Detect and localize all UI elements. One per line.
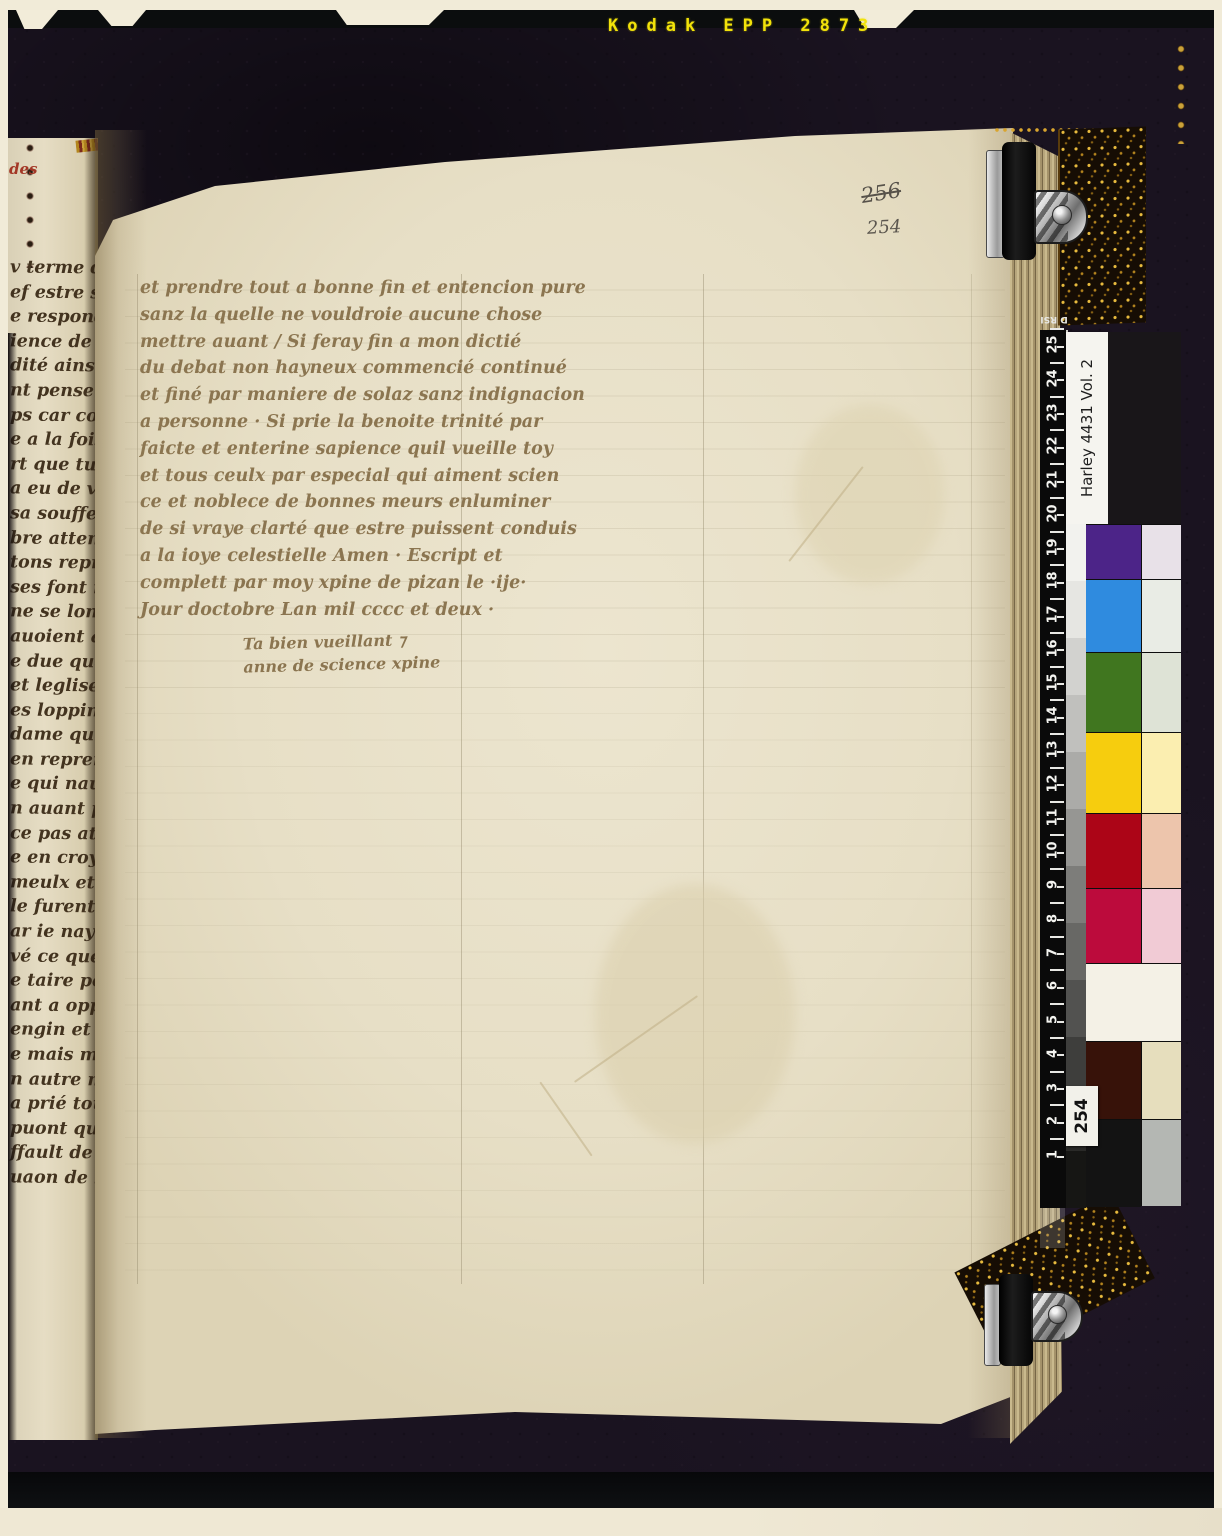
- ruler-half-tick: [1057, 447, 1064, 449]
- ruler-half-tick: [1057, 379, 1064, 381]
- gray-step: [1066, 1151, 1086, 1208]
- ruler-tick: [1050, 328, 1064, 330]
- colophon-line: et finé par maniere de solaz sanz indign…: [140, 382, 480, 409]
- ruler-tick: [1050, 1003, 1064, 1005]
- ruler-number: 7: [1046, 939, 1061, 965]
- ruler-number: 25: [1046, 332, 1061, 358]
- color-swatches: [1086, 524, 1181, 1206]
- ruler-tick: [1050, 902, 1064, 904]
- ruler-half-tick: [1057, 1021, 1064, 1023]
- ruler-number: 1: [1046, 1142, 1061, 1168]
- ruler-half-tick: [1057, 649, 1064, 651]
- gray-step: [1066, 980, 1086, 1037]
- ruler-half-tick: [1057, 919, 1064, 921]
- ruler-number: 21: [1046, 467, 1061, 493]
- manuscript-photo: { "photo": { "film_label": "Kodak EPP 28…: [0, 0, 1222, 1536]
- ruler-number: 3: [1046, 1074, 1061, 1100]
- colophon-line: et prendre tout a bonne fin et entencion…: [140, 275, 480, 302]
- colophon-line: a personne · Si prie la benoite trinité …: [140, 409, 480, 436]
- folio-number-crossed-out: 256: [859, 178, 902, 208]
- pricking-holes: [26, 138, 34, 268]
- ruler-tick: [1050, 936, 1064, 938]
- ruler-half-tick: [1057, 987, 1064, 989]
- ruler-tick: [1050, 497, 1064, 499]
- clip-button-icon: [1052, 205, 1072, 225]
- swatch-row-black: [1086, 1119, 1181, 1206]
- ruler-tick: [1050, 396, 1064, 398]
- swatch-green: [1086, 652, 1141, 733]
- rubric-fragment: des: [9, 160, 37, 178]
- ruler-tick: [1050, 463, 1064, 465]
- ruler-half-tick: [1057, 683, 1064, 685]
- clip-strap-icon: [1002, 142, 1036, 260]
- swatch-tint-crimson: [1141, 888, 1181, 963]
- ruler-number: 4: [1046, 1040, 1061, 1066]
- swatch-dark-red: [1086, 813, 1141, 889]
- gray-step: [1066, 752, 1086, 809]
- colophon-line: complett par moy xpine de pizan le ·ije·: [140, 570, 480, 597]
- ruler-number: 10: [1046, 838, 1061, 864]
- black-reference-patch: [1108, 332, 1181, 524]
- ruler-tick: [1050, 969, 1064, 971]
- swatch-tint-dark-red: [1141, 813, 1181, 888]
- swatch-tint-purple: [1141, 524, 1181, 579]
- ruler-tick: [1050, 1104, 1064, 1106]
- colophon-line: de si vraye clarté que estre puissent co…: [140, 516, 480, 543]
- parchment-stain: [795, 404, 945, 584]
- ruler-number: 19: [1046, 534, 1061, 560]
- ruler-number: 22: [1046, 433, 1061, 459]
- shelfmark-text: Harley 4431 Vol. 2: [1078, 359, 1096, 497]
- colophon-text: et prendre tout a bonne fin et entencion…: [140, 275, 480, 623]
- ruler-tick: [1050, 868, 1064, 870]
- ruler-half-tick: [1057, 413, 1064, 415]
- swatch-row-white: [1086, 963, 1181, 1041]
- swatch-row-blue: [1086, 579, 1181, 652]
- swatch-tint-green: [1141, 652, 1181, 732]
- swatch-row-crimson: [1086, 888, 1181, 963]
- colophon-line: faicte et enterine sapience quil vueille…: [140, 436, 480, 463]
- clip-button-icon: [1048, 1305, 1067, 1324]
- ruler-number: 8: [1046, 905, 1061, 931]
- swatch-blue: [1086, 579, 1141, 653]
- ruler-number: 12: [1046, 770, 1061, 796]
- ruler-tick: [1050, 632, 1064, 634]
- ruler-tick: [1050, 362, 1064, 364]
- swatch-row-purple: [1086, 524, 1181, 579]
- swatch-row-maroon: [1086, 1041, 1181, 1119]
- christine-de-pizan-motto: Ta bien vueillant ⁊anne de science xpine: [242, 627, 440, 678]
- ruler-half-tick: [1057, 1088, 1064, 1090]
- ruler-clear-edge: [1040, 1208, 1065, 1248]
- swatch-tint-blue: [1141, 579, 1181, 652]
- gray-step: [1066, 524, 1086, 581]
- ruler-number: 17: [1046, 602, 1061, 628]
- ruler-tick: [1050, 531, 1064, 533]
- color-calibration-bar: D RSI 1234567891011121314151617181920212…: [1040, 330, 1181, 1208]
- ruler-half-tick: [1057, 886, 1064, 888]
- film-stock-label: Kodak EPP 2873: [608, 16, 908, 36]
- gilt-tooling-border: [1176, 44, 1188, 144]
- colophon-line: mettre auant / Si feray fin a mon dictié: [140, 329, 480, 356]
- ruler-tick: [1050, 1138, 1064, 1140]
- ruler-half-tick: [1057, 582, 1064, 584]
- swatch-crimson: [1086, 888, 1141, 964]
- swatch-row-green: [1086, 652, 1181, 732]
- ruler-half-tick: [1057, 818, 1064, 820]
- gray-step: [1066, 923, 1086, 980]
- folio-tag-label: 254: [1066, 1086, 1098, 1146]
- gray-step: [1066, 809, 1086, 866]
- ruler-half-tick: [1057, 852, 1064, 854]
- page-edge-shade: [968, 128, 1013, 1438]
- manuscript-page: et prendre tout a bonne fin et entencion…: [95, 124, 1013, 1442]
- folio-number: 254: [866, 216, 901, 239]
- ruler-half-tick: [1057, 346, 1064, 348]
- ruler-half-tick: [1057, 717, 1064, 719]
- ruler-half-tick: [1057, 784, 1064, 786]
- folio-tag-text: 254: [1072, 1098, 1092, 1134]
- colophon-line: et tous ceulx par especial qui aiment sc…: [140, 463, 480, 490]
- shelfmark-label: Harley 4431 Vol. 2: [1066, 332, 1108, 524]
- colophon-line: Jour doctobre Lan mil cccc et deux ·: [140, 597, 480, 624]
- facing-page-sliver: des v terme de vie debatef estre subgett…: [8, 138, 98, 1440]
- ruler-number: 15: [1046, 669, 1061, 695]
- ruler-half-tick: [1057, 1054, 1064, 1056]
- colophon-line: sanz la quelle ne vouldroie aucune chose: [140, 302, 480, 329]
- ruler-tick: [1050, 564, 1064, 566]
- ruler-number: 9: [1046, 872, 1061, 898]
- swatch-tint-black: [1141, 1119, 1181, 1206]
- ruler-number: 20: [1046, 500, 1061, 526]
- ruler-tick: [1050, 429, 1064, 431]
- swatch-row-dark-red: [1086, 813, 1181, 888]
- ruling-lines: [125, 714, 1005, 1274]
- swatch-yellow: [1086, 732, 1141, 814]
- colophon-line: du debat non hayneux commencié continué: [140, 355, 480, 382]
- ruler-number: 2: [1046, 1108, 1061, 1134]
- gray-step: [1066, 581, 1086, 638]
- ruler-tick: [1050, 598, 1064, 600]
- ruler-number: 18: [1046, 568, 1061, 594]
- ruler-half-tick: [1057, 481, 1064, 483]
- page-edge-shadow: [8, 333, 17, 1440]
- ruler-number: 5: [1046, 1007, 1061, 1033]
- ruler-tick: [1050, 666, 1064, 668]
- ruler-tick: [1050, 834, 1064, 836]
- ruling-line-vertical: [137, 274, 138, 1284]
- clip-strap-icon: [999, 1274, 1033, 1366]
- ruler-half-tick: [1057, 1156, 1064, 1158]
- ruler-tick: [1050, 801, 1064, 803]
- ruler-half-tick: [1057, 953, 1064, 955]
- gray-step: [1066, 695, 1086, 752]
- ruler-tick: [1050, 1037, 1064, 1039]
- ruler-half-tick: [1057, 548, 1064, 550]
- ruler-half-tick: [1057, 616, 1064, 618]
- film-notch-icon: [336, 10, 444, 25]
- photo-bottom-edge: [0, 1508, 1222, 1536]
- swatch-row-yellow: [1086, 732, 1181, 813]
- ruler-scale: D RSI 1234567891011121314151617181920212…: [1040, 330, 1068, 1208]
- ruler-half-tick: [1057, 751, 1064, 753]
- parchment-stain: [595, 884, 795, 1144]
- colophon-line: ce et noblece de bonnes meurs enluminer: [140, 489, 480, 516]
- ruler-number: 11: [1046, 804, 1061, 830]
- ruler-half-tick: [1057, 514, 1064, 516]
- gray-step: [1066, 866, 1086, 923]
- ruler-half-tick: [1057, 1122, 1064, 1124]
- ruler-number: 16: [1046, 635, 1061, 661]
- ruler-number: 14: [1046, 703, 1061, 729]
- swatch-purple: [1086, 524, 1141, 580]
- ruler-top-label: D RSI: [1039, 314, 1069, 324]
- ruler-number: 13: [1046, 737, 1061, 763]
- ruler-tick: [1050, 733, 1064, 735]
- swatch-tint-maroon: [1141, 1041, 1181, 1119]
- ruler-number: 23: [1046, 399, 1061, 425]
- gray-step: [1066, 638, 1086, 695]
- ruler-number: 24: [1046, 365, 1061, 391]
- ruler-tick: [1050, 1071, 1064, 1073]
- ruler-number: 6: [1046, 973, 1061, 999]
- ruler-tick: [1050, 699, 1064, 701]
- colophon-line: a la ioye celestielle Amen · Escript et: [140, 543, 480, 570]
- swatch-white: [1086, 963, 1181, 1042]
- ruler-tick: [1050, 767, 1064, 769]
- swatch-tint-yellow: [1141, 732, 1181, 813]
